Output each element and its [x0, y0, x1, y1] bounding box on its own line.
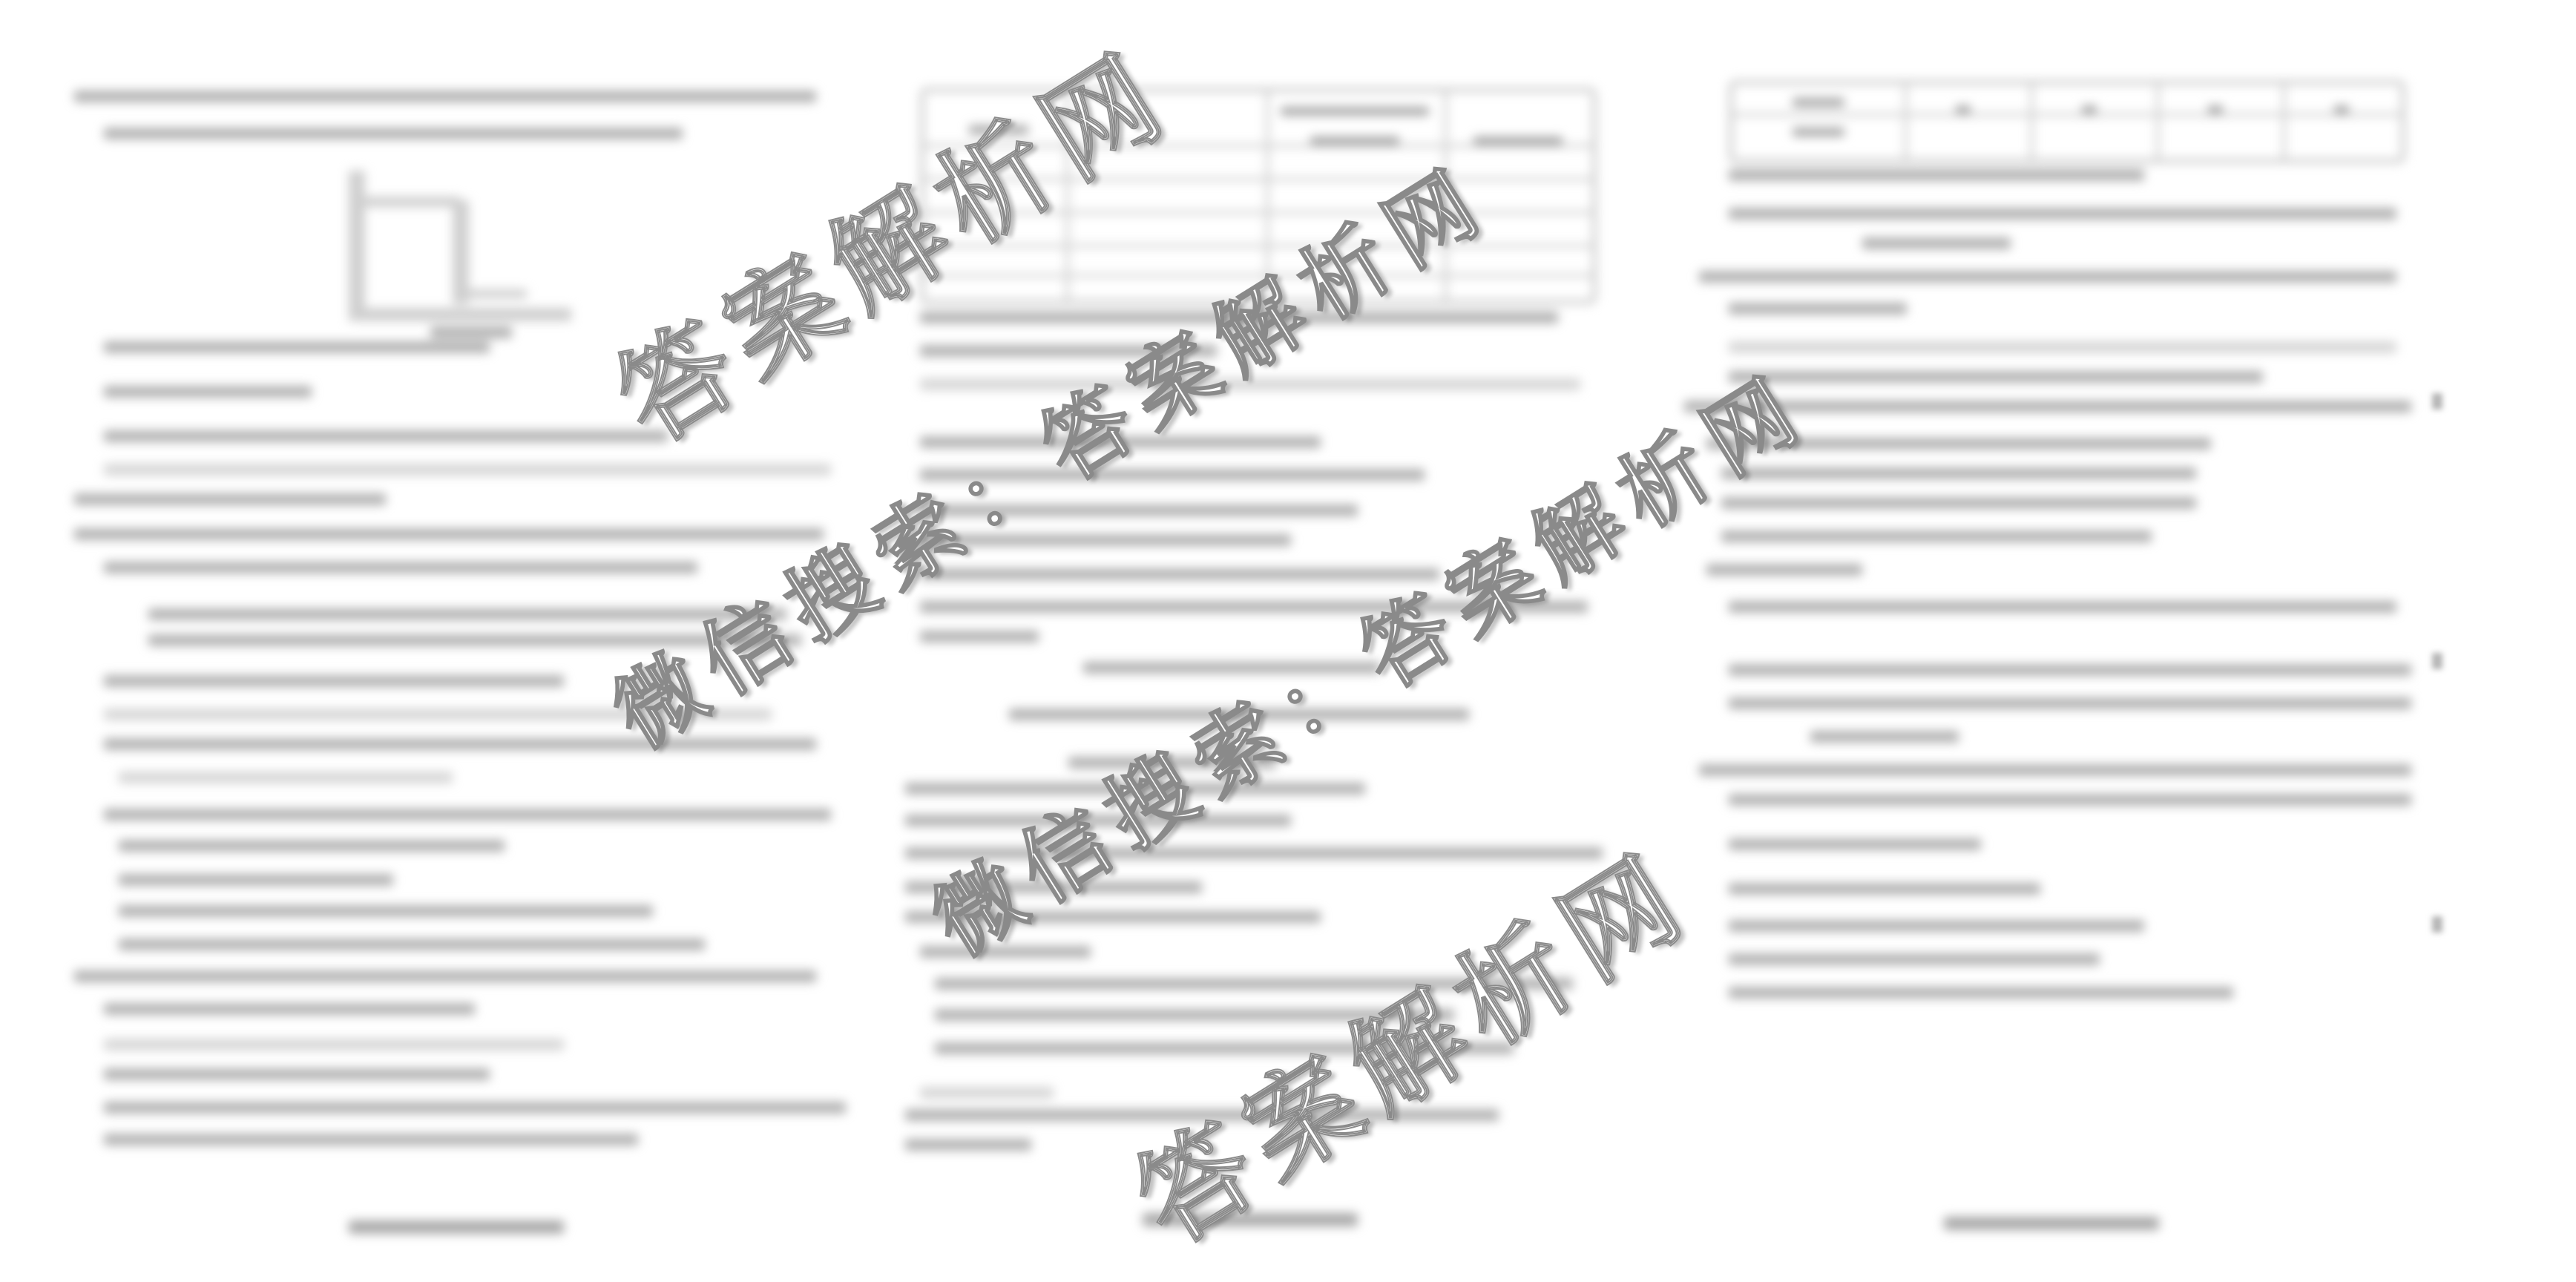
text-line — [74, 970, 816, 982]
text-line — [74, 91, 816, 102]
text-line — [920, 1087, 1054, 1099]
text-line — [1729, 664, 2411, 676]
text-line — [1729, 697, 2411, 709]
text-line — [74, 528, 824, 540]
text-line — [1699, 764, 2411, 776]
text-line — [1729, 208, 2396, 220]
text-line — [1729, 341, 2396, 353]
text-line — [104, 1134, 638, 1145]
text-line — [104, 341, 490, 353]
text-line — [104, 1003, 475, 1015]
text-line — [920, 568, 1439, 580]
text-line — [104, 430, 668, 442]
text-line — [104, 386, 312, 398]
text-line — [1699, 271, 2396, 283]
text-line — [104, 1102, 846, 1114]
text-line — [1862, 237, 2011, 249]
text-line — [905, 1139, 1031, 1151]
text-line — [1729, 303, 1907, 315]
text-line — [1706, 564, 1862, 576]
text-line — [119, 905, 653, 917]
text-line — [1810, 731, 1959, 743]
text-line — [1729, 601, 2396, 613]
text-line — [119, 939, 705, 950]
binding-mark — [2432, 916, 2442, 933]
text-line — [1729, 953, 2100, 965]
text-line — [119, 874, 393, 886]
data-table — [1729, 80, 2405, 163]
graph-diagram — [349, 156, 616, 326]
text-line — [1721, 497, 2196, 509]
text-line — [104, 1068, 490, 1080]
text-line — [104, 1039, 564, 1051]
text-line — [119, 840, 505, 852]
text-line — [1729, 920, 2144, 932]
text-line — [1729, 883, 2040, 895]
text-line — [1721, 530, 2152, 542]
text-line — [104, 738, 816, 750]
text-line — [1729, 169, 2144, 181]
text-line — [104, 675, 564, 687]
text-line — [104, 562, 697, 573]
text-line — [119, 772, 453, 783]
text-line — [104, 464, 831, 476]
text-line — [1729, 838, 1981, 850]
text-line — [1729, 371, 2263, 383]
binding-mark — [2432, 653, 2442, 669]
text-line — [74, 493, 386, 505]
page-footer — [1944, 1217, 2159, 1230]
text-line — [920, 631, 1039, 642]
page-footer — [349, 1220, 564, 1234]
text-line — [104, 809, 831, 821]
text-line — [1721, 467, 2196, 479]
text-line — [104, 128, 683, 139]
text-line — [1729, 794, 2411, 806]
text-line — [1729, 987, 2233, 999]
page-right — [1684, 0, 2456, 1282]
binding-mark — [2432, 393, 2442, 410]
